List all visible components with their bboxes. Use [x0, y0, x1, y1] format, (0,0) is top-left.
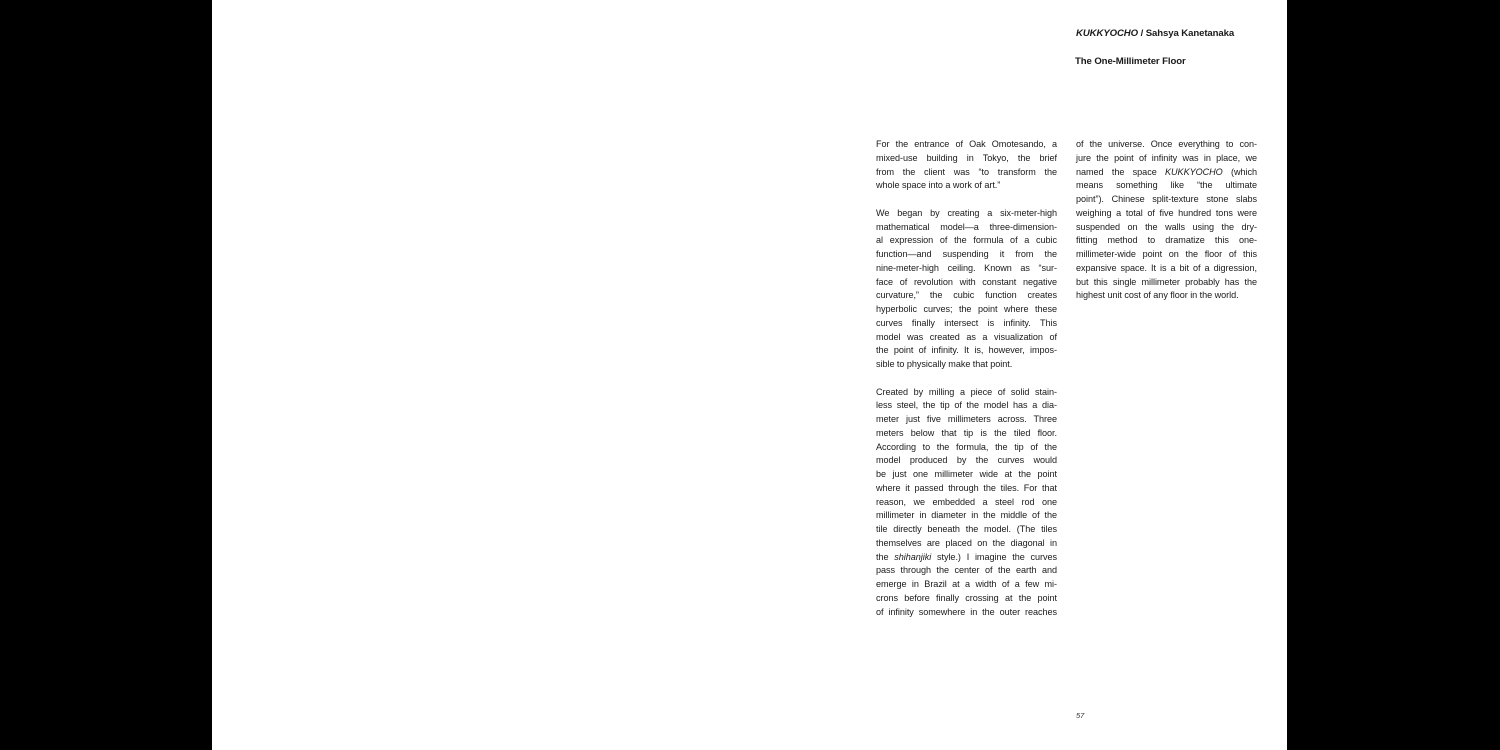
text-line: millimeter-wide point on the floor of th… — [1076, 248, 1257, 262]
text-line: fitting method to dramatize this one- — [1076, 234, 1257, 248]
running-head-separator: / — [1138, 28, 1146, 39]
text-line: suspended on the walls using the dry- — [1076, 221, 1257, 235]
text-line: hyperbolic curves; the point where these — [876, 303, 1057, 317]
text-fragment: named the space — [1076, 167, 1165, 177]
text-line: jure the point of infinity was in place,… — [1076, 152, 1257, 166]
text-line: whole space into a work of art.” — [876, 179, 1057, 193]
text-line: curves finally intersect is infinity. Th… — [876, 317, 1057, 331]
author-name: Sahsya Kanetanaka — [1146, 28, 1234, 39]
text-line: curvature,” the cubic function creates — [876, 289, 1057, 303]
text-line: of the universe. Once everything to con- — [1076, 138, 1257, 152]
text-line: meter just five millimeters across. Thre… — [876, 413, 1057, 427]
running-head: KUKKYOCHO / Sahsya Kanetanaka — [1076, 28, 1234, 39]
text-line: model produced by the curves would — [876, 454, 1057, 468]
text-line: For the entrance of Oak Omotesando, a — [876, 138, 1057, 152]
paragraph-2: We began by creating a six-meter-high ma… — [876, 207, 1057, 372]
paragraph-continued: of the universe. Once everything to con-… — [1076, 138, 1257, 303]
text-line: weighing a total of five hundred tons we… — [1076, 207, 1257, 221]
text-fragment: style.) I imagine the curves — [931, 552, 1057, 562]
text-line: sible to physically make that point. — [876, 358, 1057, 372]
document-viewer: KUKKYOCHO / Sahsya Kanetanaka The One-Mi… — [0, 0, 1500, 750]
book-page-spread: KUKKYOCHO / Sahsya Kanetanaka The One-Mi… — [212, 0, 1287, 750]
text-line: According to the formula, the tip of the — [876, 441, 1057, 455]
text-column-left: For the entrance of Oak Omotesando, a mi… — [876, 138, 1057, 619]
text-line: reason, we embedded a steel rod one — [876, 496, 1057, 510]
text-line: the point of infinity. It is, however, i… — [876, 344, 1057, 358]
text-line: crons before finally crossing at the poi… — [876, 592, 1057, 606]
text-line: We began by creating a six-meter-high — [876, 207, 1057, 221]
italic-term: KUKKYOCHO — [1165, 167, 1223, 177]
text-line: be just one millimeter wide at the point — [876, 468, 1057, 482]
text-line: Created by milling a piece of solid stai… — [876, 386, 1057, 400]
text-line: tile directly beneath the model. (The ti… — [876, 523, 1057, 537]
text-line: nine-meter-high ceiling. Known as “sur- — [876, 262, 1057, 276]
text-line: less steel, the tip of the model has a d… — [876, 399, 1057, 413]
text-line: emerge in Brazil at a width of a few mi- — [876, 578, 1057, 592]
text-line: of infinity somewhere in the outer reach… — [876, 606, 1057, 620]
text-line: from the client was “to transform the — [876, 166, 1057, 180]
text-line: but this single millimeter probably has … — [1076, 276, 1257, 290]
text-line-with-italic: named the space KUKKYOCHO (which — [1076, 166, 1257, 180]
text-line: pass through the center of the earth and — [876, 564, 1057, 578]
text-line: expansive space. It is a bit of a digres… — [1076, 262, 1257, 276]
text-line: face of revolution with constant negativ… — [876, 276, 1057, 290]
text-line-with-italic: the shihanjiki style.) I imagine the cur… — [876, 551, 1057, 565]
text-line: themselves are placed on the diagonal in — [876, 537, 1057, 551]
paragraph-3: Created by milling a piece of solid stai… — [876, 386, 1057, 620]
text-line: where it passed through the tiles. For t… — [876, 482, 1057, 496]
text-line: al expression of the formula of a cubic — [876, 234, 1057, 248]
series-title: KUKKYOCHO — [1076, 28, 1138, 39]
text-line: function—and suspending it from the — [876, 248, 1057, 262]
text-line: model was created as a visualization of — [876, 331, 1057, 345]
text-line: millimeter in diameter in the middle of … — [876, 509, 1057, 523]
text-line: mathematical model—a three-dimension- — [876, 221, 1057, 235]
text-line: mixed-use building in Tokyo, the brief — [876, 152, 1057, 166]
text-fragment: the — [876, 552, 894, 562]
text-fragment: (which — [1223, 167, 1257, 177]
article-title: The One-Millimeter Floor — [1075, 56, 1186, 67]
text-line: means something like “the ultimate — [1076, 179, 1257, 193]
text-line: meters below that tip is the tiled floor… — [876, 427, 1057, 441]
page-number: 57 — [1076, 711, 1084, 720]
text-line: point”). Chinese split-texture stone sla… — [1076, 193, 1257, 207]
text-column-right: of the universe. Once everything to con-… — [1076, 138, 1257, 303]
italic-term: shihanjiki — [894, 552, 931, 562]
text-line: highest unit cost of any floor in the wo… — [1076, 289, 1257, 303]
paragraph-1: For the entrance of Oak Omotesando, a mi… — [876, 138, 1057, 193]
